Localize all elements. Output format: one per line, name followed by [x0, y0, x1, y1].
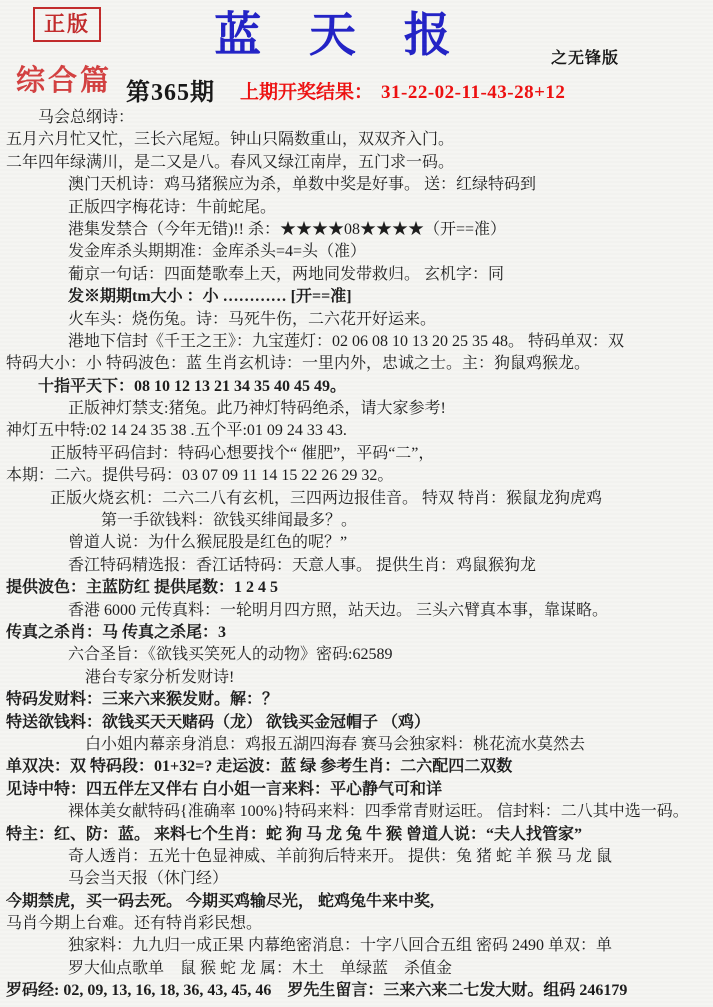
text-line: 特主：红、防：蓝。 来料七个生肖：蛇 狗 马 龙 兔 牛 猴 曾道人说：“夫人找… — [6, 824, 713, 846]
text-line: 马会当天报（休门经） — [6, 868, 713, 890]
text-line: 神灯五中特:02 14 24 35 38 .五个平:01 09 24 33 43… — [6, 420, 713, 442]
last-draw-result: 上期开奖结果：31-22-02-11-43-28+12 — [240, 77, 565, 104]
text-line: 第一手欲钱料：欲钱买绯闻最多？。 — [6, 510, 713, 532]
text-line: 港集发禁合（今年无错)!! 杀：★★★★08★★★★（开==准） — [6, 219, 713, 241]
text-line: 传真之杀肖：马 传真之杀尾：3 — [6, 622, 713, 644]
text-line: 正版特平码信封：特码心想要找个“ 催肥”，平码“二”， — [6, 443, 713, 465]
text-line: 特码发财料：三来六来猴发财。解：？ — [6, 689, 713, 711]
edition-subtitle: 之无锋版 — [551, 45, 619, 68]
text-line: 葡京一句话：四面楚歌奉上天，两地同发带救归。 玄机字：同 — [6, 264, 713, 286]
text-line: 正版火烧玄机：二六二八有玄机，三四两边报佳音。 特双 特肖：猴鼠龙狗虎鸡 — [6, 488, 713, 510]
text-line: 罗大仙点歌单 鼠 猴 蛇 龙 属：木土 单绿蓝 杀值金 — [6, 958, 713, 980]
text-line: 发金库杀头期期准：金库杀头=4=头（准） — [6, 241, 713, 263]
body-text: 马会总纲诗： 五月六月忙又忙，三长六尾短。钟山只隔数重山，双双齐入门。 二年四年… — [6, 107, 713, 1003]
text-line: 正版四字梅花诗：牛前蛇尾。 — [6, 197, 713, 219]
text-line: 二年四年绿满川，是二又是八。春风又绿江南岸，五门求一码。 — [6, 152, 713, 174]
section-label: 综合篇 — [16, 58, 112, 99]
text-line: 曾道人说：为什么猴屁股是红色的呢？” — [6, 532, 713, 554]
text-line: 见诗中特：四五伴左又伴右 白小姐一言来料：平心静气可和详 — [6, 779, 713, 801]
last-result-numbers: 31-22-02-11-43-28+12 — [381, 82, 565, 103]
last-result-label: 上期开奖结果： — [240, 82, 373, 103]
text-line: 今期禁虎，买一码去死。 今期买鸡输尽光， 蛇鸡兔牛来中奖, — [6, 891, 713, 913]
text-line: 马肖今期上台难。还有特肖彩民想。 — [6, 913, 713, 935]
newspaper-page: 正版 蓝 天 报 之无锋版 综合篇 第365期 上期开奖结果：31-22-02-… — [0, 0, 713, 1007]
text-line: 白小姐内幕亲身消息：鸡报五湖四海春 赛马会独家料：桃花流水莫然去 — [6, 734, 713, 756]
text-line: 港台专家分析发财诗! — [6, 667, 713, 689]
text-line: 火车头：烧伤兔。诗：马死牛伤，二六花开好运来。 — [6, 309, 713, 331]
text-line: 香江特码精选报：香江话特码：天意人事。 提供生肖：鸡鼠猴狗龙 — [6, 555, 713, 577]
text-line: 单双决：双 特码段：01+32=? 走运波：蓝 绿 参考生肖：二六配四二双数 — [6, 756, 713, 778]
text-line: 正版神灯禁支:猪兔。此乃神灯特码绝杀，请大家参考! — [6, 398, 713, 420]
text-line: 十指平天下：08 10 12 13 21 34 35 40 45 49。 — [6, 376, 713, 398]
text-line: 特送欲钱料：欲钱买天天赌码（龙） 欲钱买金冠帽子 （鸡） — [6, 712, 713, 734]
text-line: 港地下信封《千王之王》：九宝莲灯：02 06 08 10 13 20 25 35… — [6, 331, 713, 353]
text-line: 五月六月忙又忙，三长六尾短。钟山只隔数重山，双双齐入门。 — [6, 129, 713, 151]
text-line: 裸体美女献特码{准确率 100%}特码来料：四季常青财运旺。 信封料：二八其中选… — [6, 801, 713, 823]
text-line: 马会总纲诗： — [6, 107, 713, 129]
text-line: 独家料：九九归一成正果 内幕绝密消息：十字八回合五组 密码 2490 单双：单 — [6, 935, 713, 957]
text-line: 罗码经: 02, 09, 13, 16, 18, 36, 43, 45, 46 … — [6, 980, 713, 1002]
text-line: 奇人透肖：五光十色显神威、羊前狗后特来开。 提供：兔 猪 蛇 羊 猴 马 龙 鼠 — [6, 846, 713, 868]
text-line: 提供波色：主蓝防红 提供尾数：1 2 4 5 — [6, 577, 713, 599]
text-line: 澳门天机诗：鸡马猪猴应为杀，单数中奖是好事。 送：红绿特码到 — [6, 174, 713, 196]
text-line: 六合圣旨：《欲钱买笑死人的动物》密码:62589 — [6, 644, 713, 666]
text-line: 特码大小：小 特码波色：蓝 生肖玄机诗：一里内外，忠诚之士。主：狗鼠鸡猴龙。 — [6, 353, 713, 375]
text-line: 香港 6000 元传真料：一轮明月四方照，站天边。 三头六臂真本事，靠谋略。 — [6, 600, 713, 622]
text-line: 本期：二六。提供号码：03 07 09 11 14 15 22 26 29 32… — [6, 465, 713, 487]
issue-number: 第365期 — [126, 72, 215, 107]
text-line: 发※期期tm大小 ：小 ………… [开==准] — [6, 286, 713, 308]
